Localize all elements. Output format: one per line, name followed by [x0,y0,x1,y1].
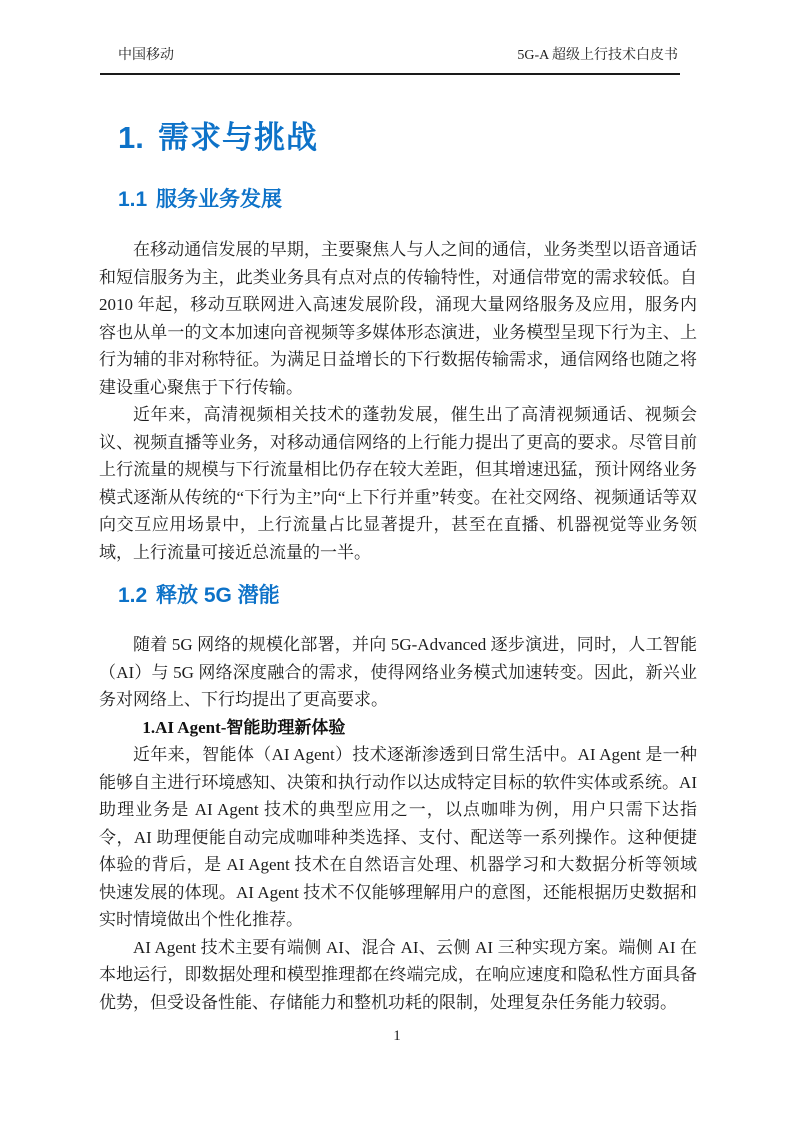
paragraph: 在移动通信发展的早期，主要聚焦人与人之间的通信，业务类型以语音通话和短信服务为主… [99,236,697,401]
section-heading-1-2: 1.2释放 5G 潜能 [118,582,697,610]
paragraph: 随着 5G 网络的规模化部署，并向 5G-Advanced 逐步演进，同时，人工… [99,631,697,714]
chapter-number: 1. [118,118,158,158]
section-1-1-number: 1.1 [118,186,156,214]
paragraph: AI Agent 技术主要有端侧 AI、混合 AI、云侧 AI 三种实现方案。端… [99,934,697,1017]
paragraph: 近年来，智能体（AI Agent）技术逐渐渗透到日常生活中。AI Agent 是… [99,741,697,934]
section-heading-1-1: 1.1服务业务发展 [118,186,697,214]
chapter-title-text: 需求与挑战 [158,120,318,155]
page-number: 1 [0,1028,794,1045]
section-1-2-title-text: 释放 5G 潜能 [156,584,280,607]
document-page: 中国移动 5G-A 超级上行技术白皮书 1.需求与挑战 1.1服务业务发展 在移… [0,0,794,1123]
paragraph: 近年来，高清视频相关技术的蓬勃发展，催生出了高清视频通话、视频会议、视频直播等业… [99,401,697,566]
document-body: 1.需求与挑战 1.1服务业务发展 在移动通信发展的早期，主要聚焦人与人之间的通… [99,0,697,1016]
section-1-1-title-text: 服务业务发展 [156,188,282,211]
subsection-heading-ai-agent: 1.AI Agent-智能助理新体验 [99,714,697,742]
chapter-title: 1.需求与挑战 [118,118,697,158]
section-1-2-number: 1.2 [118,582,156,610]
